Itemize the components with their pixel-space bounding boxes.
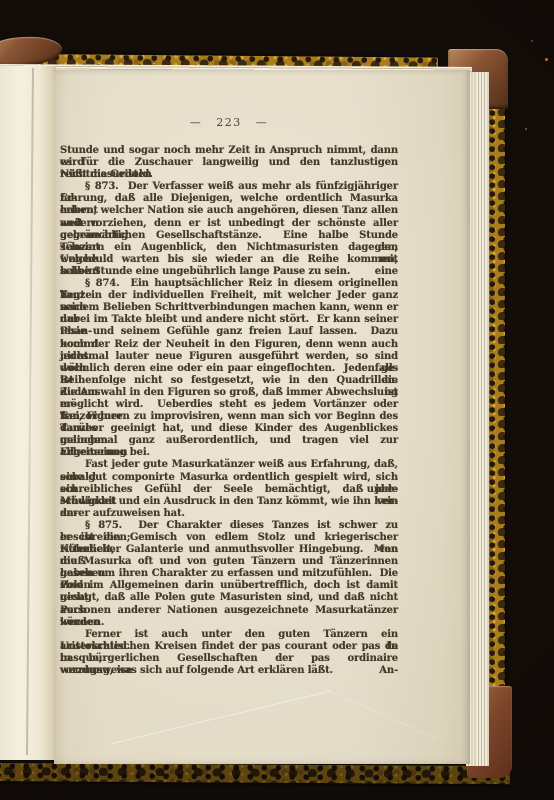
text-line: es für die Zuschauer langweilig und den …	[60, 157, 398, 169]
page-header: — 223 —	[60, 116, 398, 129]
text-block: Stunde und sogar noch mehr Zeit in Anspr…	[60, 145, 398, 677]
text-line: Ungeduld warten bis sie wieder an die Re…	[60, 254, 398, 266]
text-line: die Masurka oft und von guten Tänzern un…	[60, 556, 398, 568]
text-line: tasie und seinem Gefühle ganz freien Lau…	[60, 326, 398, 338]
book-cover-right-edge	[488, 92, 505, 768]
text-line: liegt in der individuellen Freiheit, mit…	[60, 290, 398, 302]
photo-background: — 223 — Stunde und sogar noch mehr Zeit …	[0, 0, 554, 800]
text-line: aristokratischen Kreisen findet der pas …	[60, 641, 398, 653]
text-line: Reihenfolge nicht so festgesetzt, wie in…	[60, 375, 398, 387]
text-line: weit vorziehen, denn er ist unbedingt de…	[60, 218, 398, 230]
text-line: Fast jeder gute Masurkatänzer weiß aus E…	[60, 459, 398, 471]
text-line: derer aufzuweisen hat.	[60, 508, 398, 520]
text-line: manchmal ganz außerordentlich, und trage…	[60, 435, 398, 447]
text-line: schreibliches Gefühl der Seele bemächtig…	[60, 484, 398, 496]
text-line: möglicht wird. Ueberdies steht es jedem …	[60, 399, 398, 411]
header-dash-left: —	[190, 116, 203, 129]
text-line: Ferner ist auch unter den guten Tänzern …	[60, 629, 398, 641]
book-cover-bottom-edge	[0, 763, 510, 784]
text-line: sind im Allgemeinen darin unübertrefflic…	[60, 580, 398, 592]
text-line: § 873. Der Verfasser weiß aus mehr als f…	[60, 181, 398, 193]
text-line: gesagt, daß alle Polen gute Masuristen s…	[60, 592, 398, 604]
text-line: frei, Figuren zu improvisiren, wenn man …	[60, 411, 398, 423]
dust-speck	[531, 40, 533, 42]
text-line: noch der Reiz der Neuheit in den Figuren…	[60, 339, 398, 351]
dust-speck	[525, 128, 527, 130]
text-line: seinem Belieben Schrittverbindungen mach…	[60, 302, 398, 314]
text-line: in bürgerlichen Gesellschaften der pas o…	[60, 653, 398, 665]
text-line: Personen anderer Nationen ausgezeichnete…	[60, 605, 398, 617]
text-line: Tänzern ein Augenblick, den Nichtmasuris…	[60, 242, 398, 254]
text-line: reißt die Geduld.	[60, 169, 398, 181]
dust-speck	[545, 58, 548, 61]
page-crease-line	[26, 68, 34, 755]
text-line: können.	[60, 617, 398, 629]
text-line: jedesmal lauter neue Figuren ausgeführt …	[60, 351, 398, 363]
text-line: die Auswahl in den Figuren so groß, daß …	[60, 387, 398, 399]
text-line: gebräuchlichen Gesellschaftstänze. Eine …	[60, 230, 398, 242]
text-line: fahrung, daß alle Diejenigen, welche ord…	[60, 193, 398, 205]
text-line: Erheiterung bei.	[60, 447, 398, 459]
text-line: er ist ein Gemisch von edlem Stolz und k…	[60, 532, 398, 544]
text-line: ritterlicher Galanterie und anmuthsvolle…	[60, 544, 398, 556]
text-line: haben, welcher Nation sie auch angehören…	[60, 205, 398, 217]
facing-page-edge	[0, 66, 56, 760]
text-line: haben um ihren Charakter zu erfassen und…	[60, 568, 398, 580]
text-line: darüber geeinigt hat, und diese Kinder d…	[60, 423, 398, 435]
text-line: dabei im Takte bleibt und andere nicht s…	[60, 314, 398, 326]
header-dash-right: —	[256, 116, 269, 129]
text-line: Stunde und sogar noch mehr Zeit in Anspr…	[60, 145, 398, 157]
text-line: schwindet und ein Ausdruck in den Tanz k…	[60, 496, 398, 508]
text-line: halbe Stunde eine ungebührlich lange Pau…	[60, 266, 398, 278]
text-line: eine gut componirte Masurka ordentlich g…	[60, 472, 398, 484]
text-line: § 874. Ein hauptsächlicher Reiz in diese…	[60, 278, 398, 290]
text-line: § 875. Der Charakter dieses Tanzes ist s…	[60, 520, 398, 532]
page-number: 223	[216, 116, 242, 129]
text-line: wöhnlich deren eine oder ein paar eingef…	[60, 363, 398, 375]
